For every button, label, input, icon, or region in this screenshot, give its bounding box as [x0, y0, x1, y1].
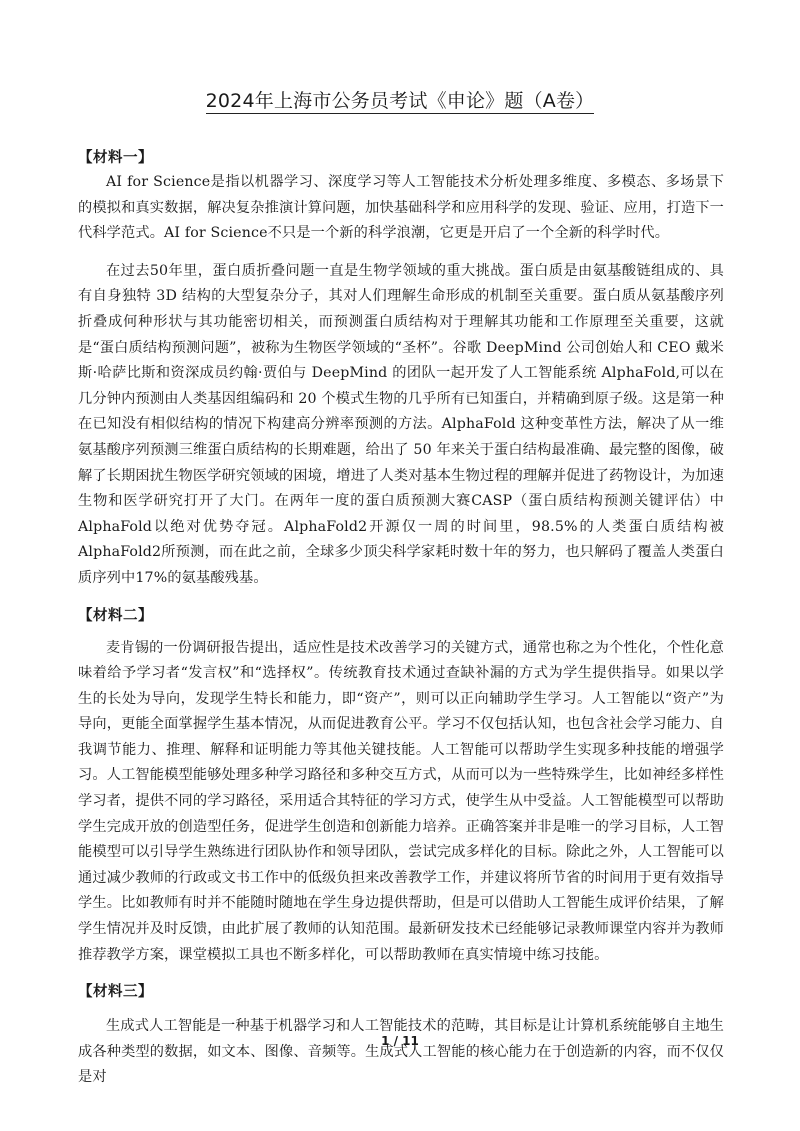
- paragraph: 在过去50年里，蛋白质折叠问题一直是生物学领域的重大挑战。蛋白质是由氨基酸链组成…: [78, 259, 724, 592]
- section-heading: 【材料二】: [78, 604, 724, 628]
- section-material-1: 【材料一】 AI for Science是指以机器学习、深度学习等人工智能技术分…: [78, 146, 724, 592]
- document-title: 2024年上海市公务员考试《申论》题（A卷）: [0, 86, 800, 113]
- document-body: 【材料一】 AI for Science是指以机器学习、深度学习等人工智能技术分…: [78, 146, 724, 1103]
- paragraph: 生成式人工智能是一种基于机器学习和人工智能技术的范畴，其目标是让计算机系统能够自…: [78, 1014, 724, 1091]
- section-heading: 【材料一】: [78, 146, 724, 170]
- page-number: 1 / 11: [0, 1034, 800, 1048]
- section-heading: 【材料三】: [78, 980, 724, 1004]
- document-page: 2024年上海市公务员考试《申论》题（A卷） 【材料一】 AI for Scie…: [0, 0, 800, 1131]
- section-material-2: 【材料二】 麦肯锡的一份调研报告提出，适应性是技术改善学习的关键方式，通常也称之…: [78, 604, 724, 969]
- paragraph: 麦肯锡的一份调研报告提出，适应性是技术改善学习的关键方式，通常也称之为个性化，个…: [78, 636, 724, 969]
- document-title-text: 2024年上海市公务员考试《申论》题（A卷）: [206, 90, 595, 114]
- paragraph: AI for Science是指以机器学习、深度学习等人工智能技术分析处理多维度…: [78, 170, 724, 247]
